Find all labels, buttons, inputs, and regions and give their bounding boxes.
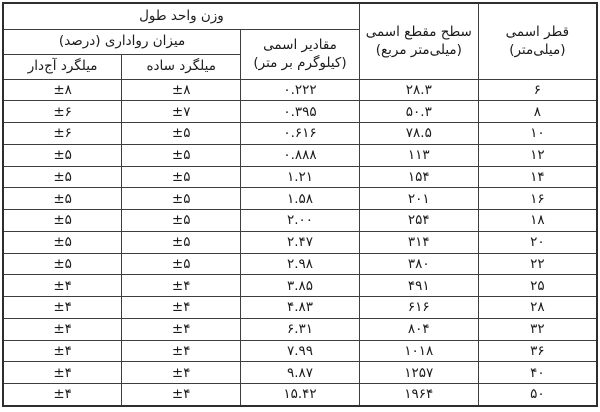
table-row: ۶ ۲۸.۳ ۰.۲۲۲ ±۸ ±۸ [3,79,597,101]
cell-tolerance-ribbed: ±۴ [3,384,122,407]
table-row: ۲۸ ۶۱۶ ۴.۸۳ ±۴ ±۴ [3,297,597,319]
cell-nominal-mass: ۲.۹۸ [241,253,360,275]
cell-tolerance-plain: ±۵ [122,123,241,145]
cell-nominal-area: ۱۹۶۴ [359,384,478,407]
cell-tolerance-plain: ±۵ [122,188,241,210]
cell-nominal-area: ۷۸.۵ [359,123,478,145]
cell-tolerance-plain: ±۸ [122,79,241,101]
table-row: ۳۶ ۱۰۱۸ ۷.۹۹ ±۴ ±۴ [3,340,597,362]
cell-nominal-diameter: ۱۲ [478,144,597,166]
cell-tolerance-ribbed: ±۴ [3,297,122,319]
cell-nominal-area: ۱۰۱۸ [359,340,478,362]
header-plain-rebar: میلگرد ساده [122,54,241,79]
table-header: قطر اسمی (میلی‌متر) سطح مقطع اسمی (میلی‌… [3,3,597,79]
header-weight-per-unit-length-group: وزن واحد طول [3,3,359,29]
header-nominal-diameter-title: قطر اسمی [479,23,596,41]
cell-tolerance-ribbed: ±۵ [3,231,122,253]
cell-nominal-mass: ۰.۳۹۵ [241,101,360,123]
table-row: ۱۰ ۷۸.۵ ۰.۶۱۶ ±۵ ±۶ [3,123,597,145]
cell-tolerance-plain: ±۵ [122,231,241,253]
table-row: ۱۸ ۲۵۴ ۲.۰۰ ±۵ ±۵ [3,210,597,232]
cell-nominal-diameter: ۴۰ [478,362,597,384]
cell-tolerance-plain: ±۷ [122,101,241,123]
header-nominal-area: سطح مقطع اسمی (میلی‌متر مربع) [359,3,478,79]
cell-tolerance-ribbed: ±۵ [3,144,122,166]
cell-tolerance-ribbed: ±۴ [3,318,122,340]
table-row: ۳۲ ۸۰۴ ۶.۳۱ ±۴ ±۴ [3,318,597,340]
cell-tolerance-plain: ±۵ [122,253,241,275]
cell-tolerance-ribbed: ±۵ [3,210,122,232]
cell-nominal-area: ۳۱۴ [359,231,478,253]
cell-nominal-mass: ۰.۶۱۶ [241,123,360,145]
cell-tolerance-plain: ±۴ [122,384,241,407]
cell-nominal-area: ۵۰.۳ [359,101,478,123]
cell-nominal-area: ۲۸.۳ [359,79,478,101]
cell-nominal-diameter: ۵۰ [478,384,597,407]
cell-nominal-mass: ۱.۲۱ [241,166,360,188]
header-tolerance-group: میزان رواداری (درصد) [3,29,241,54]
cell-nominal-diameter: ۱۴ [478,166,597,188]
cell-nominal-mass: ۲.۰۰ [241,210,360,232]
cell-nominal-diameter: ۱۰ [478,123,597,145]
table-row: ۵۰ ۱۹۶۴ ۱۵.۴۲ ±۴ ±۴ [3,384,597,407]
cell-nominal-area: ۲۰۱ [359,188,478,210]
header-nominal-diameter: قطر اسمی (میلی‌متر) [478,3,597,79]
cell-nominal-mass: ۶.۳۱ [241,318,360,340]
table-body: ۶ ۲۸.۳ ۰.۲۲۲ ±۸ ±۸ ۸ ۵۰.۳ ۰.۳۹۵ ±۷ ±۶ ۱۰… [3,79,597,406]
cell-nominal-mass: ۲.۴۷ [241,231,360,253]
cell-nominal-area: ۲۵۴ [359,210,478,232]
cell-tolerance-plain: ±۴ [122,318,241,340]
cell-nominal-area: ۱۵۴ [359,166,478,188]
table-row: ۸ ۵۰.۳ ۰.۳۹۵ ±۷ ±۶ [3,101,597,123]
cell-nominal-area: ۳۸۰ [359,253,478,275]
table-row: ۲۲ ۳۸۰ ۲.۹۸ ±۵ ±۵ [3,253,597,275]
cell-nominal-diameter: ۲۸ [478,297,597,319]
cell-nominal-mass: ۰.۸۸۸ [241,144,360,166]
rebar-spec-table: قطر اسمی (میلی‌متر) سطح مقطع اسمی (میلی‌… [2,2,598,407]
cell-nominal-mass: ۹.۸۷ [241,362,360,384]
cell-nominal-diameter: ۱۸ [478,210,597,232]
header-nominal-mass: مقادیر اسمی (کیلوگرم بر متر) [241,29,360,79]
cell-tolerance-ribbed: ±۶ [3,123,122,145]
cell-nominal-mass: ۴.۸۳ [241,297,360,319]
header-ribbed-rebar: میلگرد آج‌دار [3,54,122,79]
cell-nominal-diameter: ۳۲ [478,318,597,340]
cell-tolerance-plain: ±۵ [122,210,241,232]
table-row: ۱۶ ۲۰۱ ۱.۵۸ ±۵ ±۵ [3,188,597,210]
header-nominal-mass-unit: (کیلوگرم بر متر) [241,54,359,72]
cell-nominal-diameter: ۸ [478,101,597,123]
cell-nominal-diameter: ۲۵ [478,275,597,297]
cell-nominal-mass: ۰.۲۲۲ [241,79,360,101]
cell-nominal-diameter: ۶ [478,79,597,101]
cell-tolerance-ribbed: ±۴ [3,362,122,384]
cell-nominal-diameter: ۱۶ [478,188,597,210]
cell-nominal-mass: ۱۵.۴۲ [241,384,360,407]
table-row: ۴۰ ۱۲۵۷ ۹.۸۷ ±۴ ±۴ [3,362,597,384]
cell-nominal-area: ۴۹۱ [359,275,478,297]
cell-nominal-mass: ۷.۹۹ [241,340,360,362]
cell-nominal-diameter: ۲۰ [478,231,597,253]
header-nominal-area-unit: (میلی‌متر مربع) [360,41,478,59]
cell-tolerance-plain: ±۵ [122,144,241,166]
cell-nominal-mass: ۳.۸۵ [241,275,360,297]
header-nominal-area-title: سطح مقطع اسمی [360,23,478,41]
cell-tolerance-ribbed: ±۸ [3,79,122,101]
cell-tolerance-plain: ±۴ [122,340,241,362]
cell-nominal-mass: ۱.۵۸ [241,188,360,210]
cell-nominal-diameter: ۲۲ [478,253,597,275]
table-row: ۲۵ ۴۹۱ ۳.۸۵ ±۴ ±۴ [3,275,597,297]
cell-tolerance-ribbed: ±۴ [3,340,122,362]
table-row: ۱۲ ۱۱۳ ۰.۸۸۸ ±۵ ±۵ [3,144,597,166]
table-row: ۱۴ ۱۵۴ ۱.۲۱ ±۵ ±۵ [3,166,597,188]
cell-tolerance-ribbed: ±۵ [3,253,122,275]
document-page: قطر اسمی (میلی‌متر) سطح مقطع اسمی (میلی‌… [0,0,600,412]
cell-nominal-area: ۸۰۴ [359,318,478,340]
cell-tolerance-ribbed: ±۵ [3,166,122,188]
cell-nominal-area: ۱۲۵۷ [359,362,478,384]
cell-tolerance-plain: ±۴ [122,297,241,319]
cell-tolerance-plain: ±۵ [122,166,241,188]
cell-tolerance-plain: ±۴ [122,362,241,384]
cell-nominal-diameter: ۳۶ [478,340,597,362]
cell-nominal-area: ۱۱۳ [359,144,478,166]
cell-tolerance-ribbed: ±۶ [3,101,122,123]
cell-tolerance-ribbed: ±۴ [3,275,122,297]
cell-tolerance-ribbed: ±۵ [3,188,122,210]
header-nominal-mass-title: مقادیر اسمی [241,36,359,54]
table-row: ۲۰ ۳۱۴ ۲.۴۷ ±۵ ±۵ [3,231,597,253]
cell-nominal-area: ۶۱۶ [359,297,478,319]
header-nominal-diameter-unit: (میلی‌متر) [479,41,596,59]
cell-tolerance-plain: ±۴ [122,275,241,297]
